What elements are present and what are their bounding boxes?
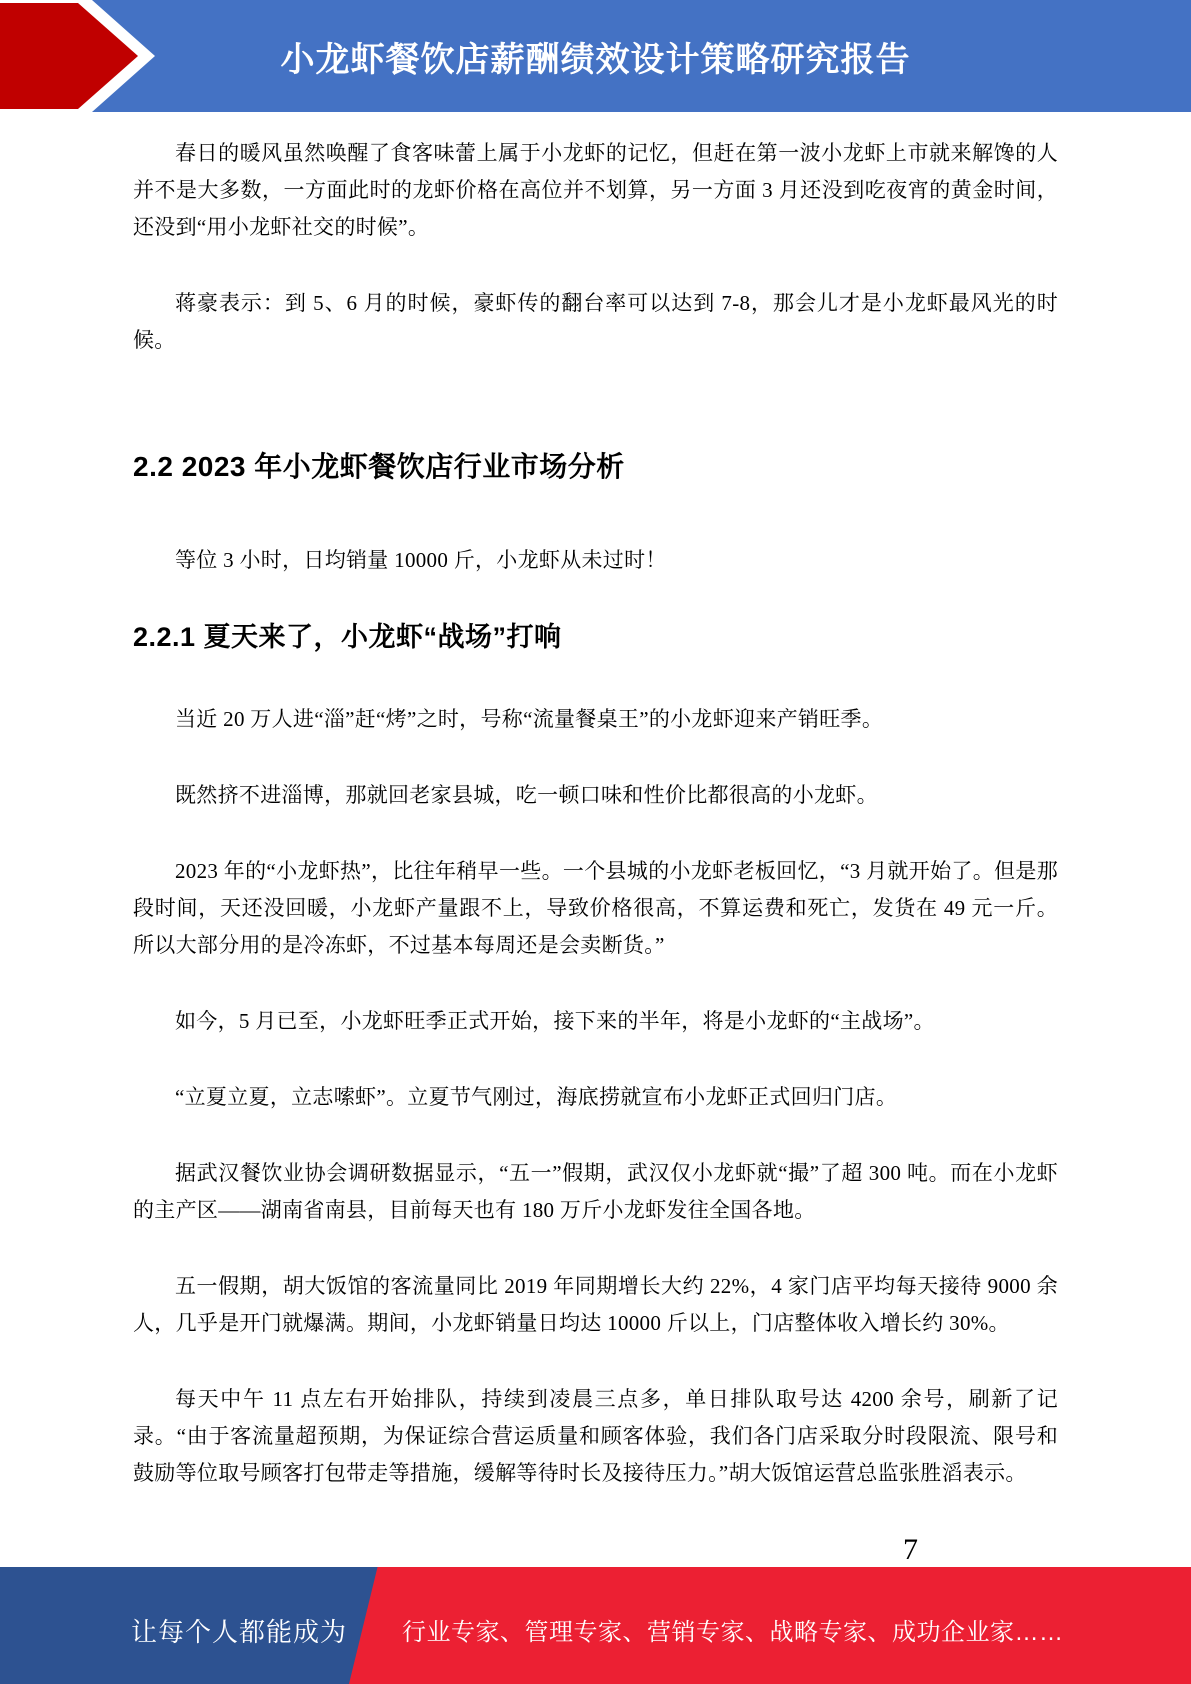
document-body: 春日的暖风虽然唤醒了食客味蕾上属于小龙虾的记忆，但赶在第一波小龙虾上市就来解馋的… bbox=[0, 112, 1191, 1569]
page-number: 7 bbox=[133, 1531, 1058, 1569]
page-header: 小龙虾餐饮店薪酬绩效设计策略研究报告 bbox=[0, 0, 1191, 112]
paragraph-spring-breeze: 春日的暖风虽然唤醒了食客味蕾上属于小龙虾的记忆，但赶在第一波小龙虾上市就来解馋的… bbox=[133, 135, 1058, 246]
paragraph-wuhan-survey: 据武汉餐饮业协会调研数据显示，“五一”假期，武汉仅小龙虾就“撮”了超 300 吨… bbox=[133, 1155, 1058, 1229]
paragraph-wait-3-hours: 等位 3 小时，日均销量 10000 斤，小龙虾从未过时！ bbox=[133, 542, 1058, 579]
paragraph-queue-record: 每天中午 11 点左右开始排队，持续到凌晨三点多，单日排队取号达 4200 余号… bbox=[133, 1381, 1058, 1492]
heading-2-2-1-summer-battlefield: 2.2.1 夏天来了，小龙虾“战场”打响 bbox=[133, 618, 1058, 656]
paragraph-lixia-haidilao: “立夏立夏，立志嗦虾”。立夏节气刚过，海底捞就宣布小龙虾正式回归门店。 bbox=[133, 1079, 1058, 1116]
paragraph-2023-crayfish-heat: 2023 年的“小龙虾热”，比往年稍早一些。一个县城的小龙虾老板回忆，“3 月就… bbox=[133, 853, 1058, 964]
report-title: 小龙虾餐饮店薪酬绩效设计策略研究报告 bbox=[0, 0, 1191, 112]
footer-slogan-left: 让每个人都能成为 bbox=[0, 1618, 347, 1646]
page-footer: 让每个人都能成为 行业专家、管理专家、营销专家、战略专家、成功企业家…… bbox=[0, 1567, 1191, 1684]
paragraph-may-main-battlefield: 如今，5 月已至，小龙虾旺季正式开始，接下来的半年，将是小龙虾的“主战场”。 bbox=[133, 1003, 1058, 1040]
heading-2-2-market-analysis: 2.2 2023 年小龙虾餐饮店行业市场分析 bbox=[133, 447, 1058, 487]
paragraph-zibo-bbq: 当近 20 万人进“淄”赶“烤”之时，号称“流量餐桌王”的小龙虾迎来产销旺季。 bbox=[133, 701, 1058, 738]
footer-slogan-right: 行业专家、管理专家、营销专家、战略专家、成功企业家…… bbox=[402, 1619, 1162, 1647]
paragraph-hudafanguan-growth: 五一假期，胡大饭馆的客流量同比 2019 年同期增长大约 22%，4 家门店平均… bbox=[133, 1268, 1058, 1342]
paragraph-hometown-county: 既然挤不进淄博，那就回老家县城，吃一顿口味和性价比都很高的小龙虾。 bbox=[133, 777, 1058, 814]
paragraph-jianghao-quote: 蒋豪表示：到 5、6 月的时候，豪虾传的翻台率可以达到 7-8，那会儿才是小龙虾… bbox=[133, 285, 1058, 359]
